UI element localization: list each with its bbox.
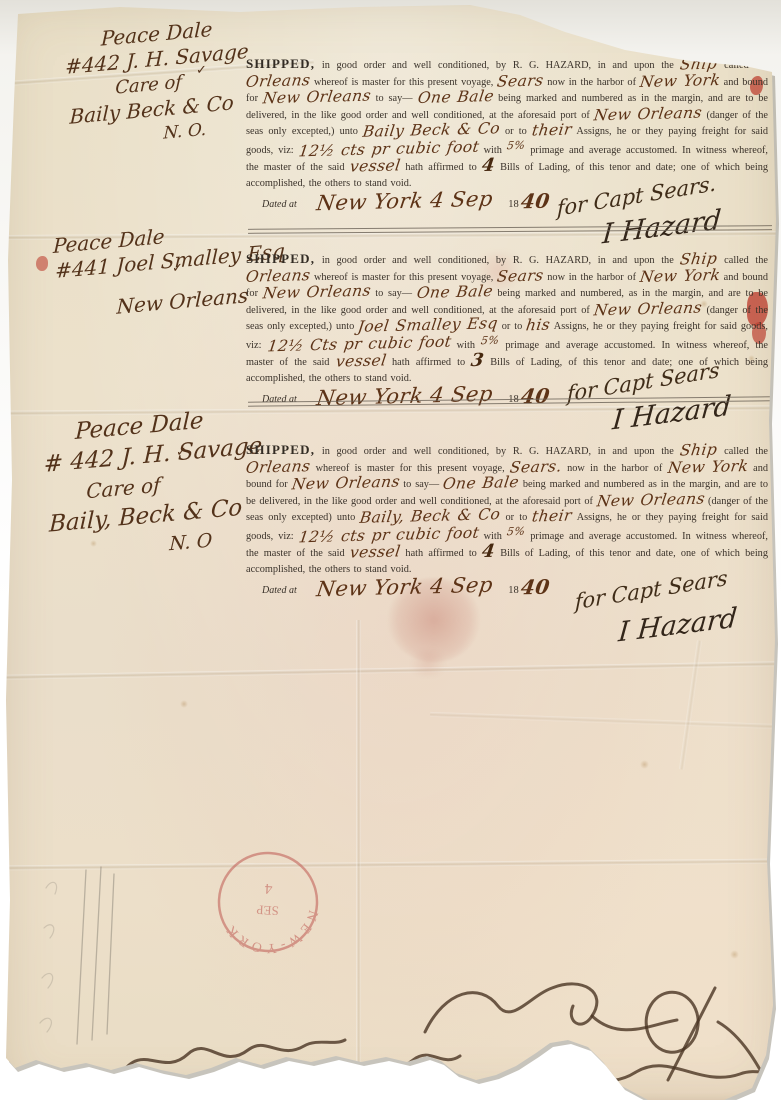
- handwritten-fill: 5%: [480, 335, 500, 346]
- fold-crease: [430, 712, 780, 729]
- handwritten-fill: New Orleans: [262, 286, 372, 300]
- printed-text: SHIPPED,: [246, 251, 315, 266]
- handwritten-date-place: New York 4 Sep: [315, 191, 493, 212]
- printed-text: to say—: [371, 288, 417, 299]
- handwritten-fill: New Orleans: [262, 91, 372, 105]
- consignment-margin-note: Peace Dale# 442 J. H. SavageCare ofBaily…: [40, 402, 262, 570]
- printed-text: now in the harbor of: [544, 77, 640, 88]
- check-mark: ✓: [196, 62, 207, 78]
- printed-text: in good order and well conditioned, by R…: [315, 60, 680, 71]
- printed-text: whereof is master for this present voyag…: [310, 463, 510, 474]
- handwritten-fill: Ship: [680, 445, 719, 457]
- handwritten-fill: New Orleans: [593, 107, 703, 121]
- inverted-handwriting-flourish: [112, 1018, 352, 1088]
- printed-text: SHIPPED,: [246, 56, 315, 71]
- foxing-spot: [640, 760, 649, 769]
- printed-form-text: SHIPPED, in good order and well conditio…: [246, 443, 768, 577]
- handwritten-fill: vessel: [349, 160, 401, 172]
- check-mark: ✓: [172, 260, 183, 276]
- printed-text: SHIPPED,: [246, 442, 315, 457]
- printed-form-text: SHIPPED, in good order and well conditio…: [246, 57, 768, 191]
- fold-crease: [679, 640, 702, 769]
- handwritten-fill: Ship: [680, 59, 719, 71]
- printed-text: called the: [718, 446, 768, 457]
- printed-text: to say—: [371, 93, 418, 104]
- handwritten-fill: 4: [481, 545, 495, 556]
- postmark-day: 4: [264, 880, 273, 896]
- handwritten-date-place: New York 4 Sep: [315, 577, 493, 598]
- printed-text: hath affirmed to: [400, 162, 482, 173]
- handwritten-fill: 5%: [506, 526, 526, 537]
- foxing-spot: [180, 700, 188, 708]
- fold-crease: [0, 661, 781, 680]
- printed-text: whereof is master for this present voyag…: [310, 77, 497, 88]
- printed-text: whereof is master for this present voyag…: [310, 272, 497, 283]
- printed-year-prefix: 18: [508, 585, 519, 596]
- printed-text: hath affirmed to: [386, 357, 471, 368]
- handwritten-fill: vessel: [335, 355, 387, 367]
- handwritten-fill: their: [532, 511, 573, 523]
- printed-text: or to: [500, 126, 532, 137]
- handwritten-fill: New Orleans: [291, 477, 401, 491]
- handwritten-fill: Orleans: [245, 75, 311, 88]
- handwritten-fill: 12½ Cts pr cubic foot: [266, 337, 451, 353]
- postmark-month: SEP: [256, 902, 279, 918]
- handwritten-fill: Sears.: [509, 461, 562, 473]
- printed-text: or to: [498, 321, 527, 332]
- bill-of-lading-entry-1: Peace Dale#442 J. H. SavageCare ofBaily …: [0, 28, 781, 250]
- bill-of-lading-entry-3: Peace Dale# 442 J. H. SavageCare ofBaily…: [0, 430, 781, 652]
- handwritten-year: 40: [520, 196, 550, 208]
- foxing-spot: [730, 950, 739, 959]
- handwritten-fill: Baily Beck & Co: [362, 124, 501, 139]
- dated-at-label: Dated at: [262, 585, 297, 596]
- handwritten-fill: 5%: [506, 140, 526, 151]
- handwritten-fill: Sears: [496, 270, 544, 282]
- printed-text: to say—: [399, 479, 443, 490]
- margin-note-line: New Orleans: [58, 281, 268, 324]
- check-mark: ✓: [176, 444, 187, 460]
- printed-text: called the: [718, 255, 768, 266]
- printed-text: or to: [500, 512, 532, 523]
- handwritten-fill: 12½ cts pr cubic foot: [298, 142, 480, 158]
- consignment-margin-note: Peace Dale#441 Joel Smalley EsqNew Orlea…: [52, 216, 269, 325]
- printed-text: now in the harbor of: [544, 272, 640, 283]
- printed-text: in good order and well conditioned, by R…: [315, 255, 680, 266]
- handwritten-fill: One Bale: [442, 477, 520, 490]
- pink-ink-stain: [406, 650, 450, 676]
- printed-text: in good order and well conditioned, by R…: [315, 446, 680, 457]
- dated-at-label: Dated at: [262, 199, 297, 210]
- handwritten-fill: 12½ cts pr cubic foot: [298, 528, 480, 544]
- new-york-postmark-stamp: NEW-YORK SEP 4: [209, 843, 327, 961]
- handwritten-fill: Ship: [680, 254, 719, 266]
- handwritten-fill: New Orleans: [593, 302, 703, 316]
- handwritten-fill: their: [531, 125, 572, 137]
- handwritten-fill: Joel Smalley Esq: [357, 319, 499, 334]
- printed-text: now in the harbor of: [562, 463, 668, 474]
- handwritten-fill: Baily, Beck & Co: [359, 510, 501, 525]
- handwritten-fill: Orleans: [245, 461, 311, 474]
- printed-year-prefix: 18: [508, 199, 519, 210]
- handwritten-fill: One Bale: [417, 91, 495, 104]
- printed-text: called the: [718, 60, 768, 71]
- handwritten-fill: New Orleans: [596, 493, 706, 507]
- handwritten-fill: Orleans: [245, 270, 311, 283]
- form-text-column: SHIPPED, in good order and well conditio…: [246, 57, 768, 225]
- paper-sheet: Peace Dale#442 J. H. SavageCare ofBaily …: [0, 0, 781, 1100]
- handwritten-fill: 3: [471, 354, 485, 365]
- handwritten-fill: New York: [639, 270, 721, 283]
- handwritten-fill: Sears: [496, 75, 544, 87]
- handwritten-fill: New York: [639, 75, 721, 88]
- handwritten-fill: his: [526, 320, 552, 332]
- handwritten-fill: 4: [481, 159, 495, 170]
- scanned-document: Peace Dale#442 J. H. SavageCare ofBaily …: [0, 0, 781, 1100]
- handwritten-fill: vessel: [349, 546, 401, 558]
- handwritten-fill: One Bale: [416, 286, 494, 299]
- handwritten-fill: New York: [667, 461, 749, 474]
- handwritten-year: 40: [520, 582, 550, 594]
- printed-text: hath affirmed to: [400, 548, 482, 559]
